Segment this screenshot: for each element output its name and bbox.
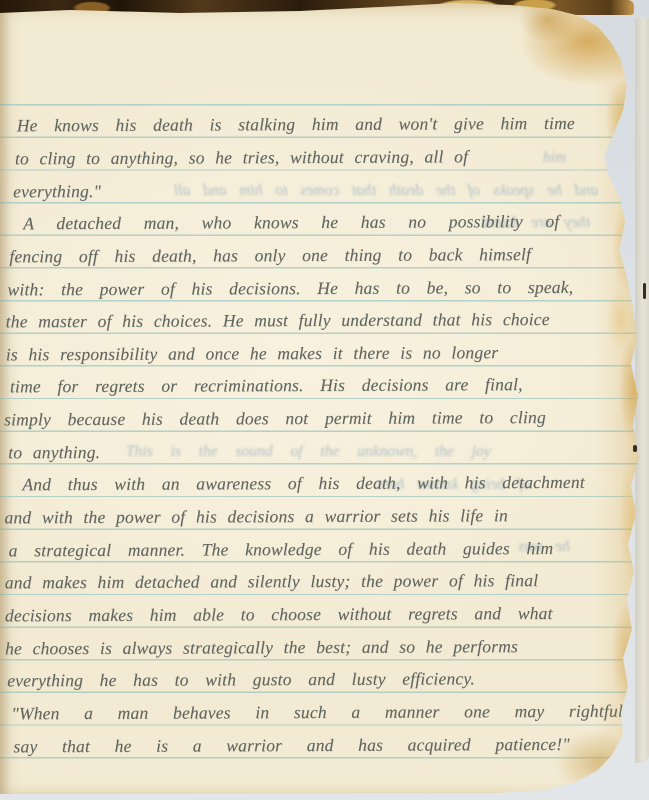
- scanned-notebook-photo: him and he speaks of the death that come…: [0, 0, 649, 800]
- handwritten-line: time for regrets or recriminations. His …: [10, 371, 523, 399]
- notebook-page: him and he speaks of the death that come…: [0, 0, 649, 800]
- underlying-page-edge: [635, 18, 649, 763]
- handwritten-line: to anything.: [8, 439, 100, 465]
- handwritten-line: to cling to anything, so he tries, witho…: [15, 143, 468, 171]
- handwritten-line: and makes him detached and silently lust…: [5, 567, 539, 595]
- handwriting-layer: He knows his death is stalking him and w…: [0, 0, 649, 800]
- handwritten-line: he chooses is always strategically the b…: [5, 633, 518, 661]
- handwritten-line: A detached man, who knows he has no poss…: [23, 208, 559, 236]
- handwritten-line: decisions makes him able to choose witho…: [5, 600, 553, 628]
- handwritten-line: "When a man behaves in such a manner one…: [11, 698, 636, 727]
- handwritten-line: with: the power of his decisions. He has…: [7, 274, 573, 302]
- handwritten-line: is his responsibility and once he makes …: [6, 339, 499, 367]
- handwritten-line: He knows his death is stalking him and w…: [17, 110, 575, 138]
- edge-fleck: [633, 445, 637, 452]
- handwritten-line: everything he has to with gusto and lust…: [7, 665, 475, 693]
- handwritten-line: a strategical manner. The knowledge of h…: [9, 535, 554, 563]
- edge-fleck: [643, 283, 646, 299]
- handwritten-line: and with the power of his decisions a wa…: [4, 502, 508, 530]
- handwritten-line: simply because his death does not permit…: [4, 404, 546, 432]
- handwritten-line: fencing off his death, has only one thin…: [9, 241, 531, 269]
- handwritten-line: everything.": [13, 178, 101, 204]
- handwritten-line: the master of his choices. He must fully…: [6, 306, 550, 334]
- handwritten-line: say that he is a warrior and has acquire…: [13, 731, 569, 759]
- handwritten-line: And thus with an awareness of his death,…: [22, 469, 585, 497]
